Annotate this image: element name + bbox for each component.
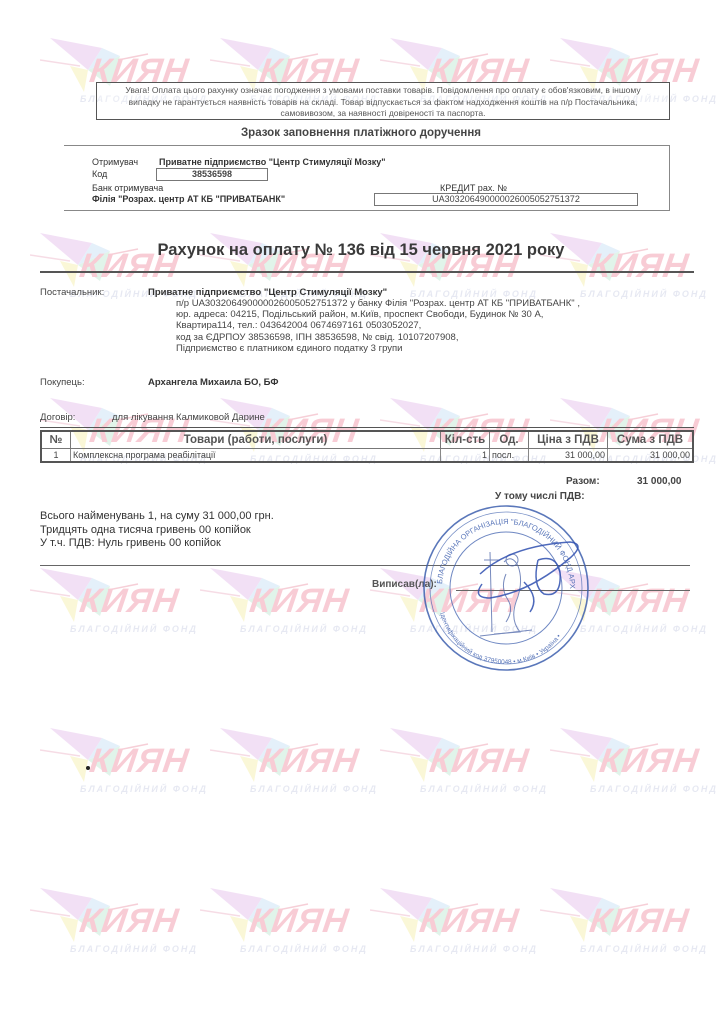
buyer-value: Архангела Михаила БО, БФ [148,377,278,388]
row-unit: посл. [490,449,529,463]
contract-value: для лікування Калмиковой Дарине [112,412,265,423]
bank-label: Банк отримувача [92,183,163,193]
supplier-line: код за ЄДРПОУ 38536598, ІПН 38536598, № … [176,332,580,343]
recipient-value: Приватне підприємство "Центр Стимуляції … [159,157,386,167]
payment-sample-box: Отримувач Приватне підприємство "Центр С… [64,145,670,211]
summary-line: У т.ч. ПДВ: Нуль гривень 00 копійок [40,537,274,551]
items-table: № Товари (работи, послуги) Кіл-сть Од. Ц… [40,430,694,463]
notice-line: самовивозом, за наявності довіреності та… [97,108,669,120]
row-number: 1 [41,449,71,463]
payment-notice: Увага! Оплата цього рахунку означає пого… [96,82,670,120]
payment-sample-title: Зразок заповнення платіжного доручення [0,127,722,139]
summary-divider [40,565,690,566]
notice-line: випадку не гарантується наявність товарі… [97,97,669,109]
credit-account-field: UA303206490000026005052751372 [374,193,638,206]
row-sum: 31 000,00 [608,449,694,463]
col-price: Ціна з ПДВ [529,431,608,449]
svg-text:БЛАГОДІЙНА ОРГАНІЗАЦІЯ "БЛАГОД: БЛАГОДІЙНА ОРГАНІЗАЦІЯ "БЛАГОДІЙНИЙ ФОНД… [420,502,577,589]
contract-divider [40,427,694,428]
col-goods: Товари (работи, послуги) [71,431,441,449]
stamp-top-text: БЛАГОДІЙНА ОРГАНІЗАЦІЯ "БЛАГОДІЙНИЙ ФОНД… [420,502,577,589]
col-number: № [41,431,71,449]
supplier-line: п/р UA303206490000026005052751372 у банк… [176,298,580,309]
supplier-line: юр. адреса: 04215, Подільський район, м.… [176,309,580,320]
vat-label: У тому числі ПДВ: [495,491,585,502]
speck [86,766,90,770]
organization-stamp: БЛАГОДІЙНА ОРГАНІЗАЦІЯ "БЛАГОДІЙНИЙ ФОНД… [420,502,592,674]
invoice-document: Увага! Оплата цього рахунку означає пого… [0,0,722,1024]
col-quantity: Кіл-сть [441,431,490,449]
code-label: Код [92,169,107,179]
total-label: Разом: [566,476,600,487]
table-header-row: № Товари (работи, послуги) Кіл-сть Од. Ц… [41,431,693,449]
supplier-label: Постачальник: [40,287,104,298]
bank-value: Філія "Розрах. центр АТ КБ "ПРИВАТБАНК" [92,194,285,204]
supplier-line: Підприємство є платником єдиного податку… [176,343,580,354]
summary-line: Всього найменувань 1, на суму 31 000,00 … [40,510,274,524]
amount-in-words: Всього найменувань 1, на суму 31 000,00 … [40,510,274,551]
row-quantity: 1 [441,449,490,463]
recipient-label: Отримувач [92,157,138,167]
buyer-label: Покупець: [40,377,85,388]
stamp-bottom-text: Ідентифікаційний код 37950048 • м.Київ •… [438,612,563,666]
col-unit: Од. [490,431,529,449]
supplier-name: Приватне підприємство "Центр Стимуляції … [148,287,387,298]
row-name: Комплексна програма реабілітації [71,449,441,463]
title-divider [40,271,694,273]
summary-line: Тридцять одна тисяча гривень 00 копійок [40,524,274,538]
contract-label: Договір: [40,412,75,423]
total-value: 31 000,00 [637,476,682,487]
supplier-details: п/р UA303206490000026005052751372 у банк… [176,298,580,354]
invoice-title: Рахунок на оплату № 136 від 15 червня 20… [0,241,722,260]
col-sum: Сума з ПДВ [608,431,694,449]
row-price: 31 000,00 [529,449,608,463]
notice-line: Увага! Оплата цього рахунку означає пого… [97,85,669,97]
supplier-line: Квартира114, тел.: 043642004 0674697161 … [176,320,580,331]
svg-text:Ідентифікаційний код 37950048: Ідентифікаційний код 37950048 • м.Київ •… [438,612,563,666]
table-row: 1 Комплексна програма реабілітації 1 пос… [41,449,693,463]
credit-label: КРЕДИТ рах. № [440,183,507,193]
code-field: 38536598 [156,168,268,181]
